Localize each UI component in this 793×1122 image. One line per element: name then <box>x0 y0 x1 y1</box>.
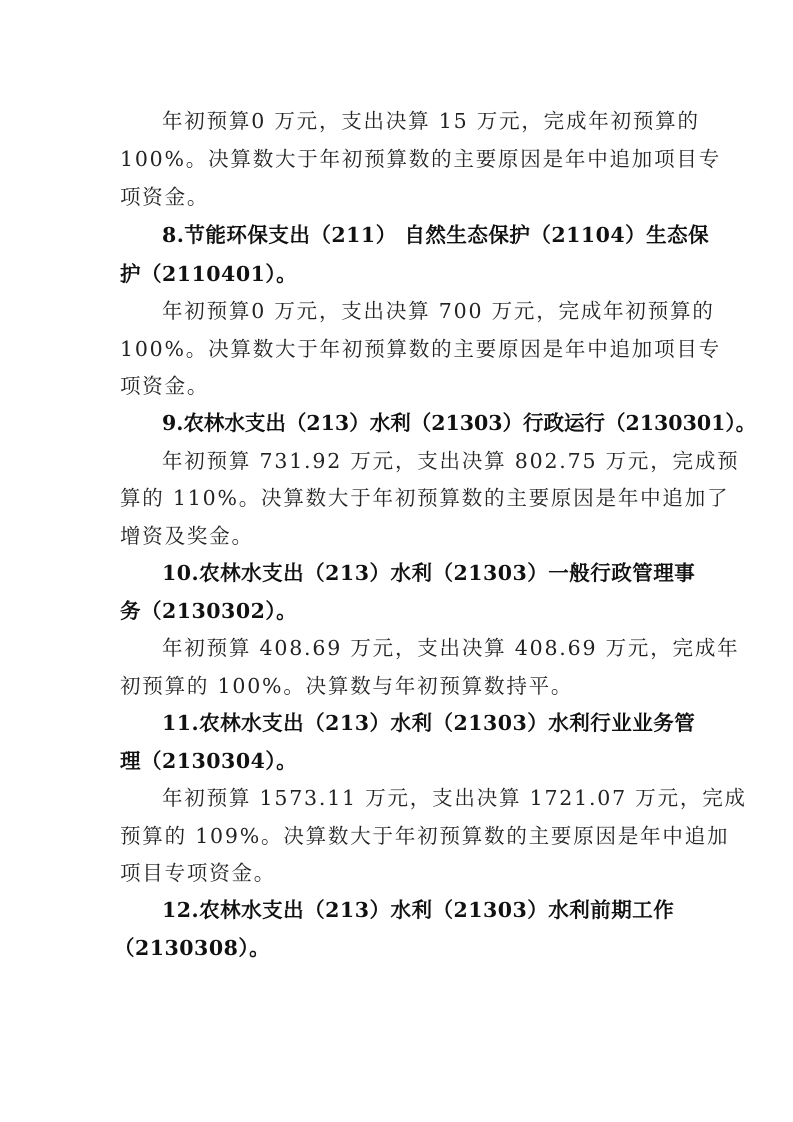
document-page: 年初预算0 万元，支出决算 15 万元，完成年初预算的 100%。决算数大于年初… <box>0 0 793 1122</box>
paragraph-line: 年初预算0 万元，支出决算 15 万元，完成年初预算的 <box>162 104 718 138</box>
paragraph-line: 年初预算0 万元，支出决算 700 万元，完成年初预算的 <box>162 294 718 328</box>
section-heading-11: 11.农林水支出（213）水利（21303）水利行业业务管 <box>162 706 718 740</box>
paragraph-line: 100%。决算数大于年初预算数的主要原因是年中追加项目专 <box>120 142 676 176</box>
paragraph-line: 预算的 109%。决算数大于年初预算数的主要原因是年中追加 <box>120 819 676 853</box>
section-heading-10-cont: 务（2130302）。 <box>120 594 676 628</box>
paragraph-line: 年初预算 731.92 万元，支出决算 802.75 万元，完成预 <box>162 444 718 478</box>
section-heading-8: 8.节能环保支出（211） 自然生态保护（21104）生态保 <box>162 218 718 252</box>
paragraph-line: 100%。决算数大于年初预算数的主要原因是年中追加项目专 <box>120 332 676 366</box>
paragraph-line: 年初预算 1573.11 万元，支出决算 1721.07 万元，完成 <box>162 781 718 815</box>
paragraph-line: 初预算的 100%。决算数与年初预算数持平。 <box>120 669 676 703</box>
paragraph-line: 项资金。 <box>120 369 676 403</box>
section-heading-12-cont: （2130308）。 <box>114 931 670 965</box>
paragraph-line: 增资及奖金。 <box>120 519 676 553</box>
paragraph-line: 年初预算 408.69 万元，支出决算 408.69 万元，完成年 <box>162 631 718 665</box>
paragraph-line: 项目专项资金。 <box>120 856 676 890</box>
section-heading-12: 12.农林水支出（213）水利（21303）水利前期工作 <box>162 893 718 927</box>
section-heading-11-cont: 理（2130304）。 <box>120 744 676 778</box>
section-heading-9: 9.农林水支出（213）水利（21303）行政运行（2130301）。 <box>162 406 718 440</box>
section-heading-10: 10.农林水支出（213）水利（21303）一般行政管理事 <box>162 556 718 590</box>
section-heading-8-cont: 护（2110401）。 <box>120 257 676 291</box>
paragraph-line: 项资金。 <box>120 180 676 214</box>
paragraph-line: 算的 110%。决算数大于年初预算数的主要原因是年中追加了 <box>120 481 676 515</box>
